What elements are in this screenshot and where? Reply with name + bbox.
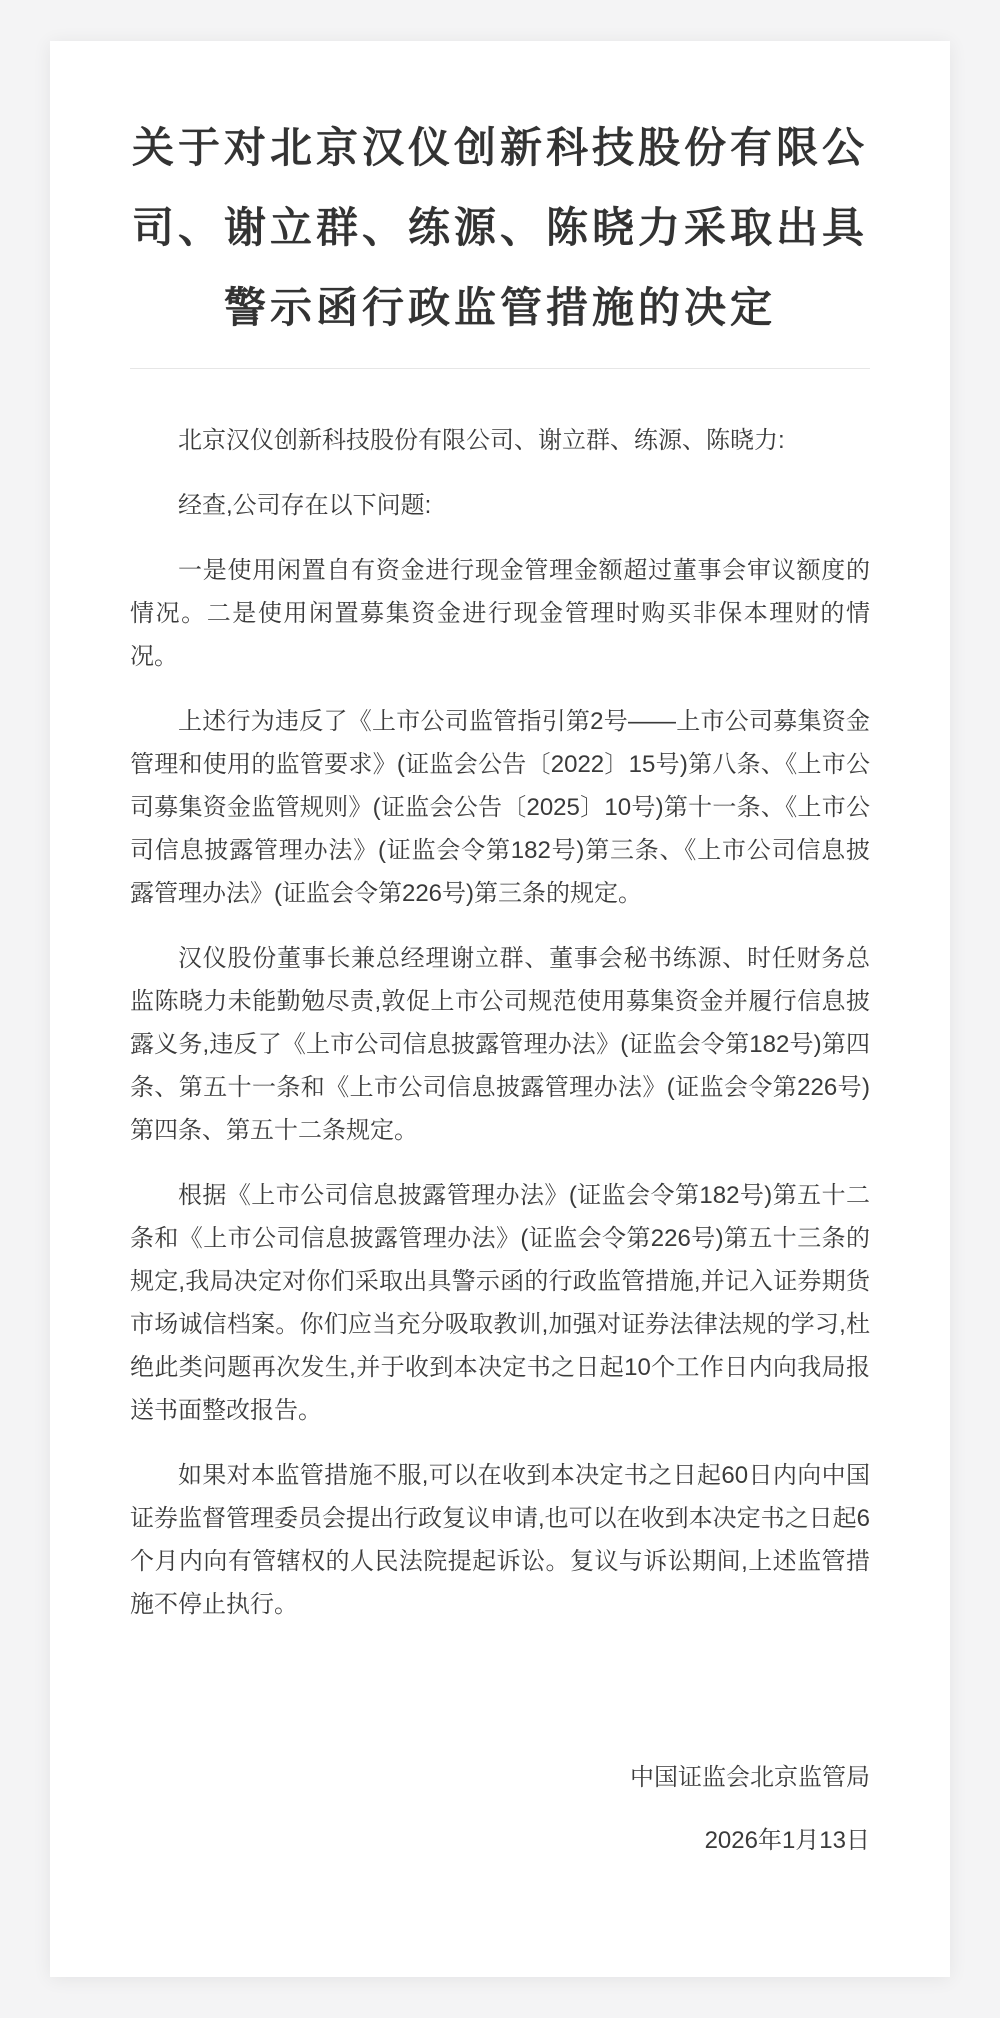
issuer-signature: 中国证监会北京监管局 bbox=[130, 1756, 870, 1799]
page-background: 关于对北京汉仪创新科技股份有限公司、谢立群、练源、陈晓力采取出具警示函行政监管措… bbox=[0, 0, 1000, 2018]
issue-date: 2026年1月13日 bbox=[130, 1819, 870, 1862]
paragraph-issues: 一是使用闲置自有资金进行现金管理金额超过董事会审议额度的情况。二是使用闲置募集资… bbox=[130, 549, 870, 678]
paragraph-appeal-rights: 如果对本监管措施不服,可以在收到本决定书之日起60日内向中国证券监督管理委员会提… bbox=[130, 1454, 870, 1626]
document-footer: 中国证监会北京监管局 2026年1月13日 bbox=[130, 1756, 870, 1862]
paragraph-findings-intro: 经查,公司存在以下问题: bbox=[130, 484, 870, 527]
title-divider bbox=[130, 368, 870, 369]
document-card: 关于对北京汉仪创新科技股份有限公司、谢立群、练源、陈晓力采取出具警示函行政监管措… bbox=[50, 41, 950, 1977]
paragraph-responsible-persons: 汉仪股份董事长兼总经理谢立群、董事会秘书练源、时任财务总监陈晓力未能勤勉尽责,敦… bbox=[130, 937, 870, 1152]
paragraph-decision: 根据《上市公司信息披露管理办法》(证监会令第182号)第五十二条和《上市公司信息… bbox=[130, 1174, 870, 1432]
paragraph-violated-rules: 上述行为违反了《上市公司监管指引第2号——上市公司募集资金管理和使用的监管要求》… bbox=[130, 700, 870, 915]
document-title: 关于对北京汉仪创新科技股份有限公司、谢立群、练源、陈晓力采取出具警示函行政监管措… bbox=[130, 108, 870, 348]
salutation: 北京汉仪创新科技股份有限公司、谢立群、练源、陈晓力: bbox=[130, 419, 870, 462]
document-body: 北京汉仪创新科技股份有限公司、谢立群、练源、陈晓力: 经查,公司存在以下问题: … bbox=[130, 419, 870, 1626]
